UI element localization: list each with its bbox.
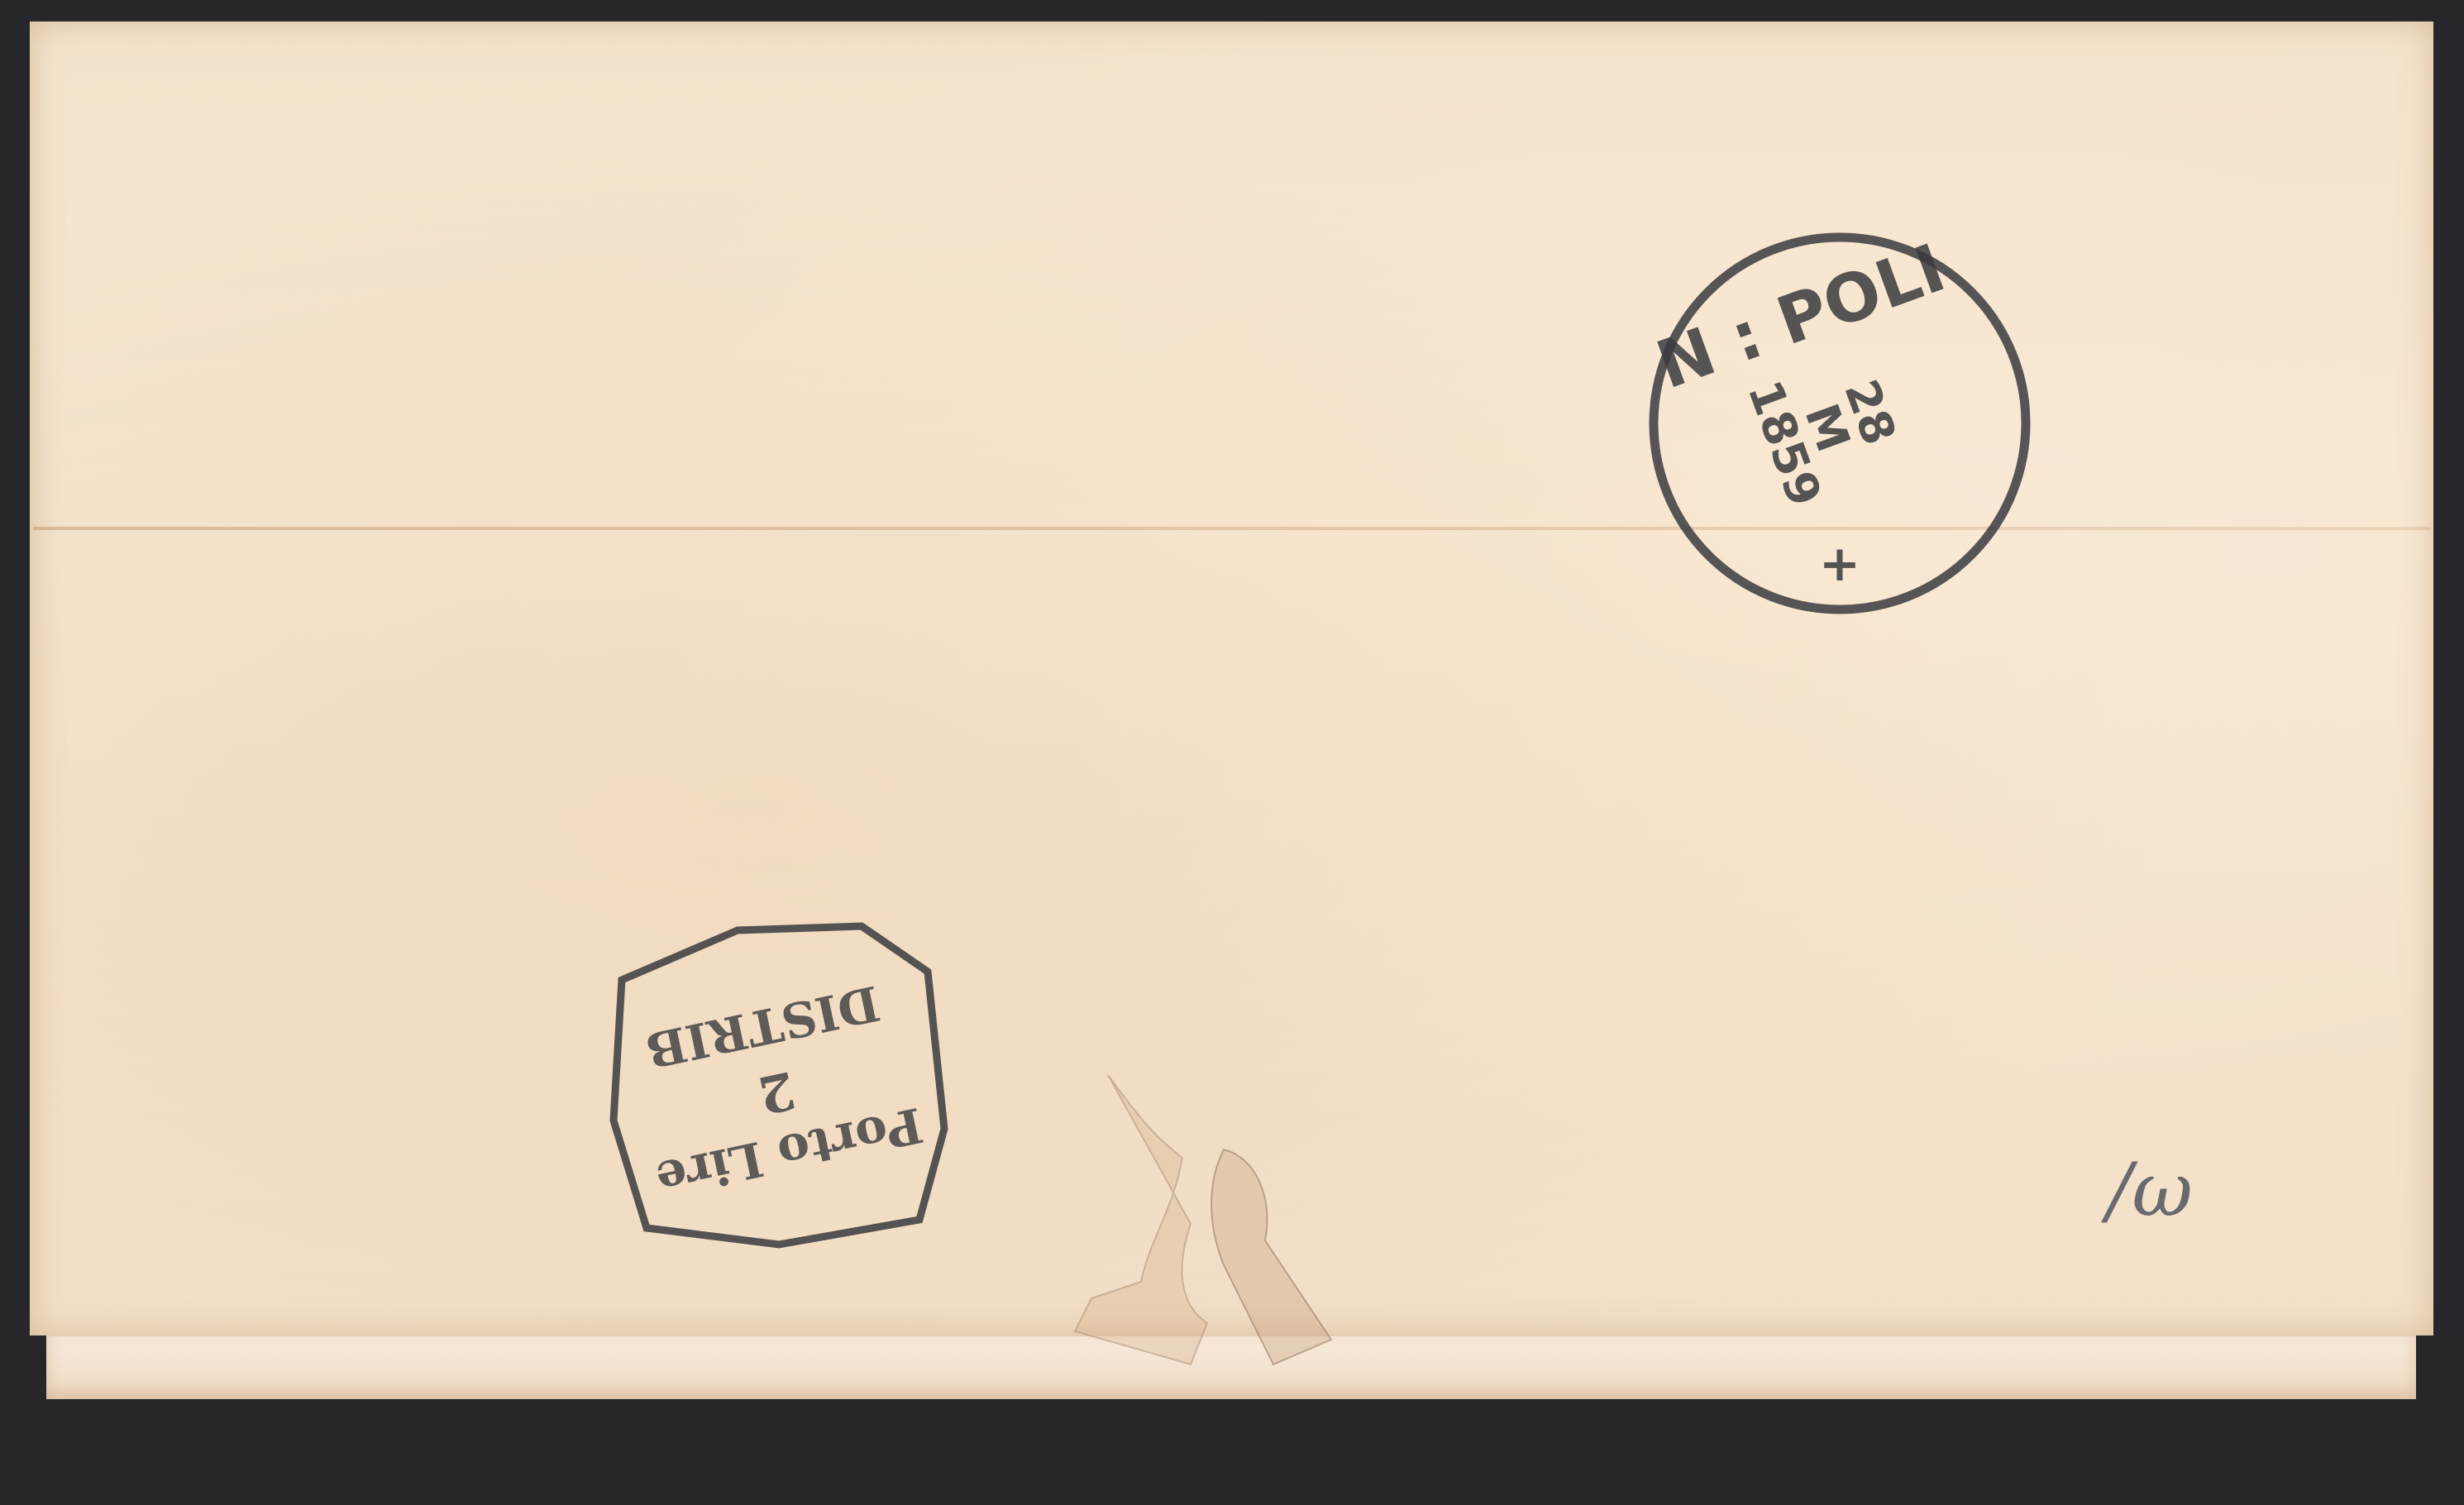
circular-datestamp: N : POLI 28 M 1859 + [1633, 217, 2046, 630]
datestamp-cross: + [1819, 535, 1860, 593]
datestamp-town: N : POLI [1647, 229, 1955, 404]
fold-crease [33, 527, 2431, 530]
boxed-porto-marking: Porto Lire 2 DISTRIB [589, 905, 961, 1253]
pencil-annotation: /ω [2067, 1141, 2232, 1240]
paper-stain [1058, 1058, 1373, 1373]
pencil-note: /ω [2100, 1147, 2193, 1234]
porto-line-3: DISTRIB [641, 974, 885, 1078]
porto-line-2: 2 [753, 1059, 800, 1125]
